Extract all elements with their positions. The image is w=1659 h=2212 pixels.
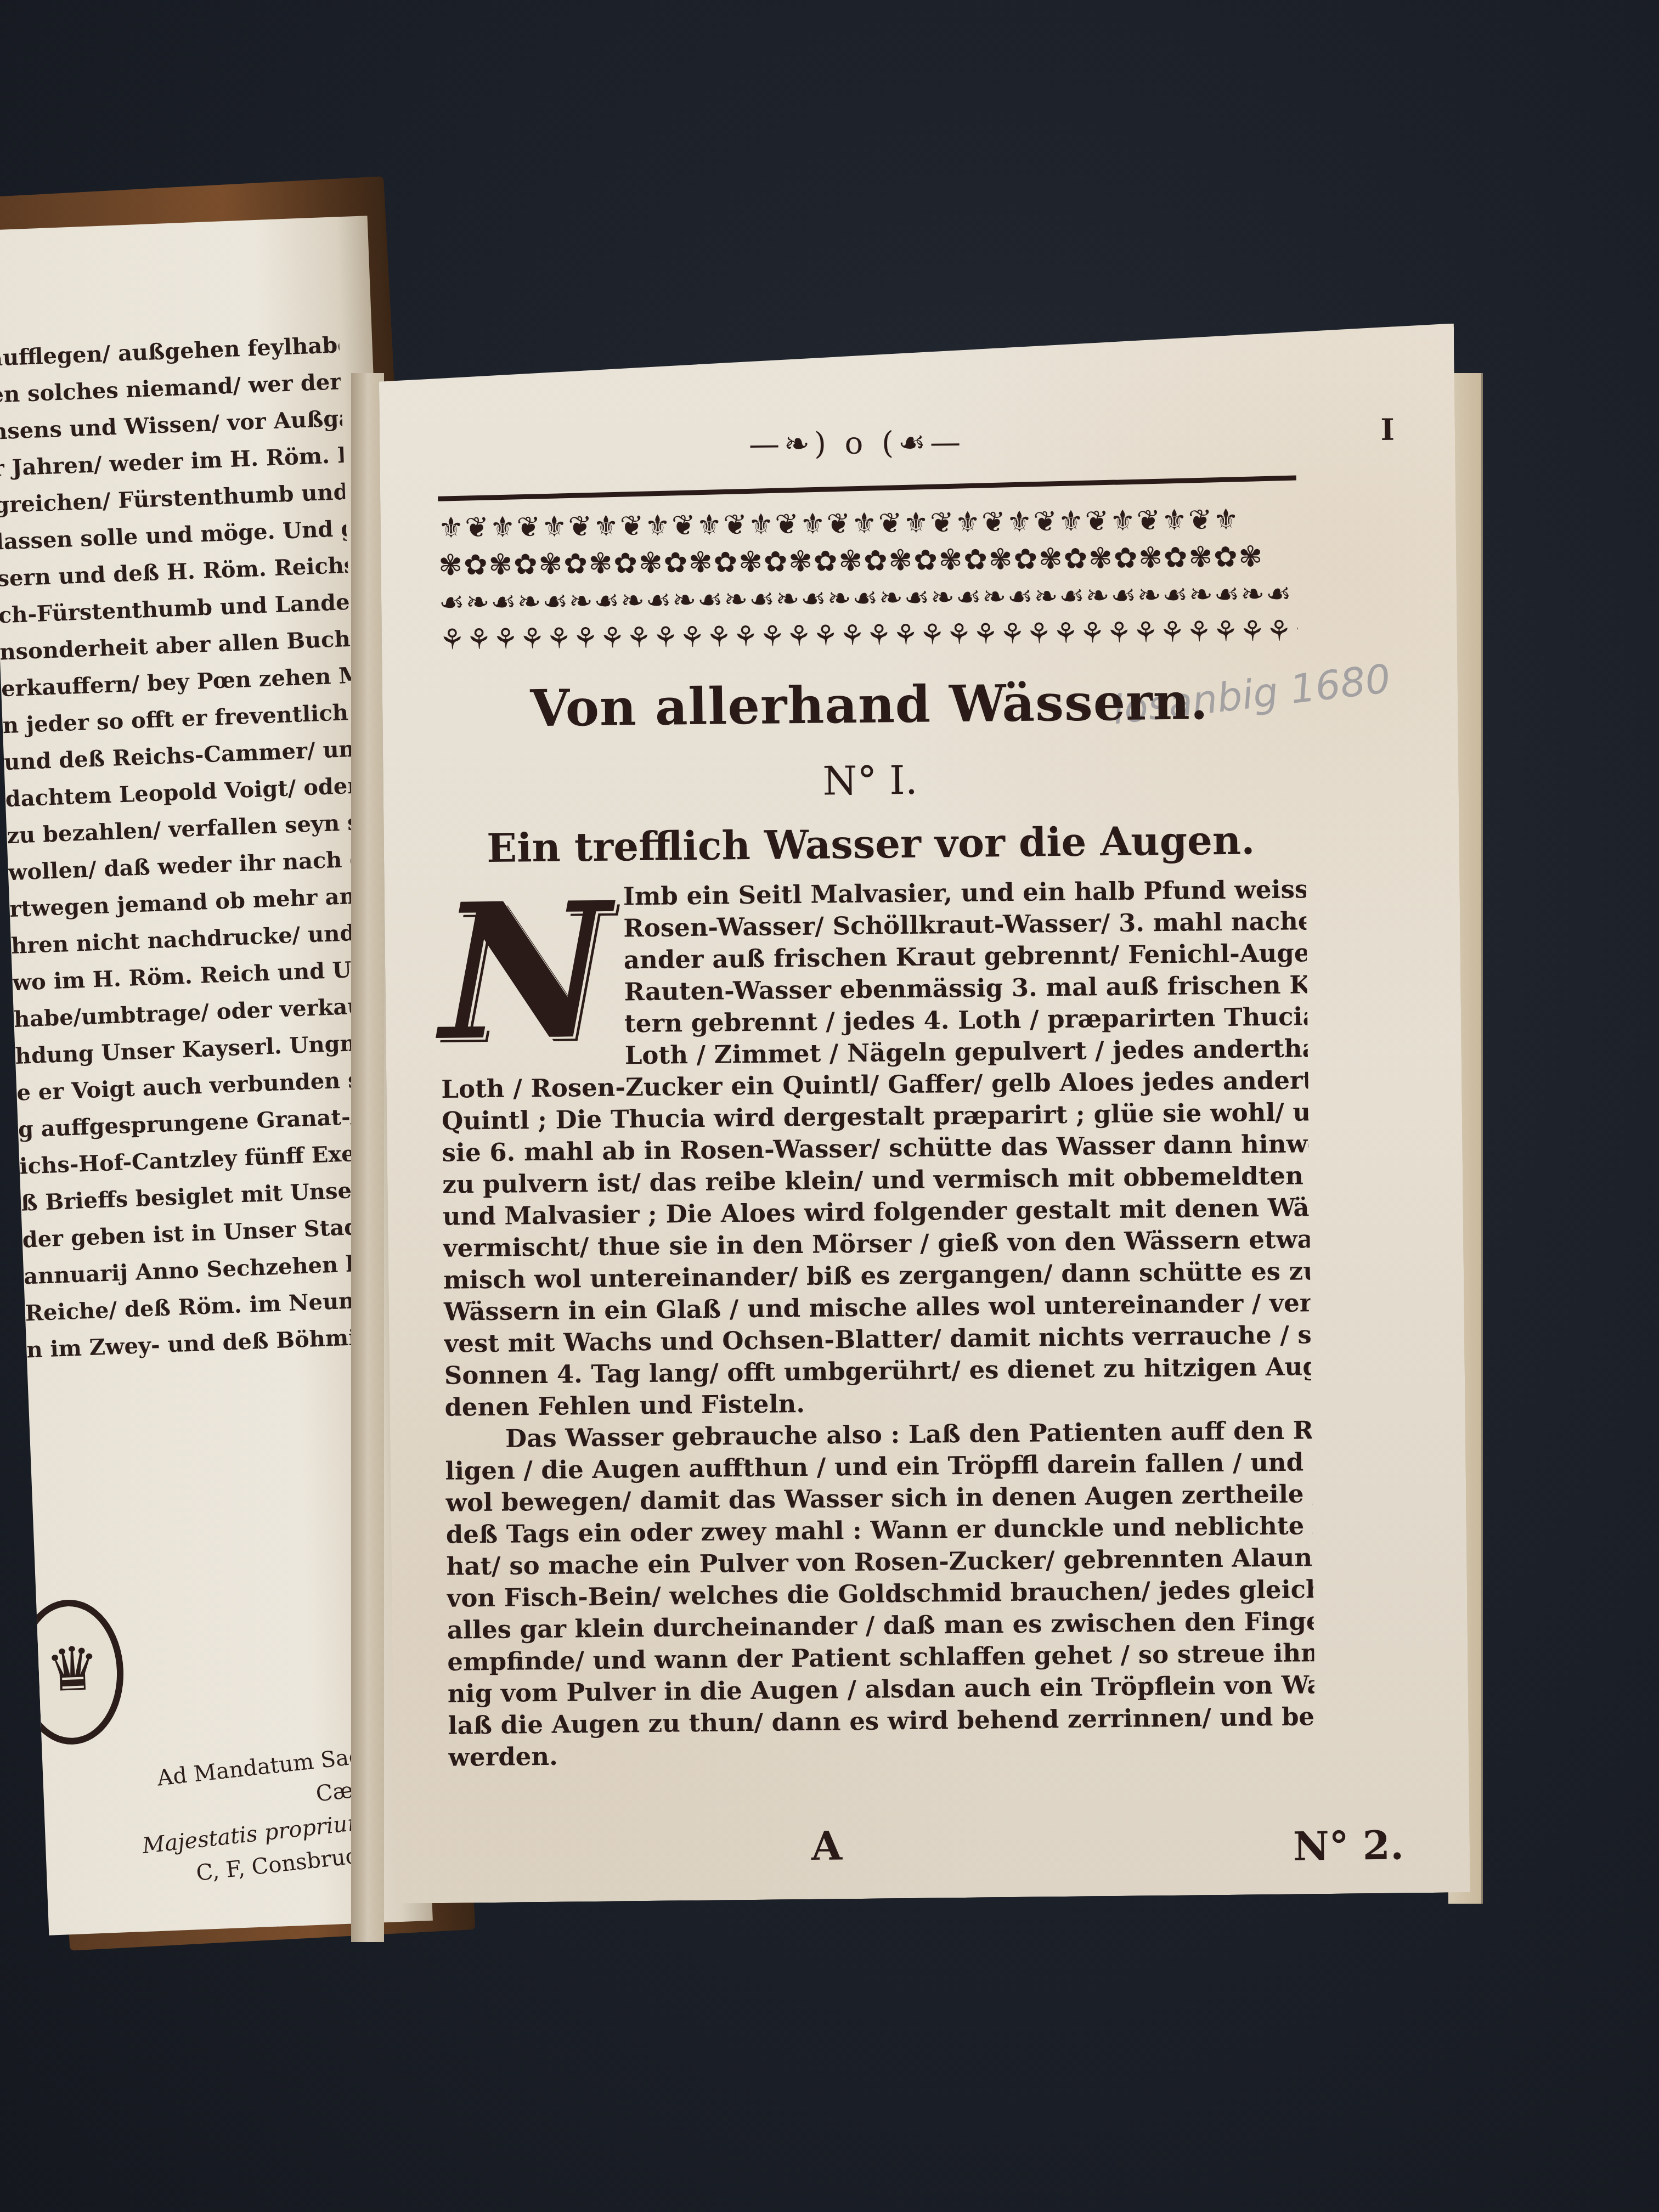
ornament-band-icon: ⚜❦⚜❦⚜❦⚜❦⚜❦⚜❦⚜❦⚜❦⚜❦⚜❦⚜❦⚜❦⚜❦⚜❦⚜❦⚜ ✾✿✾✿✾✿✾✿…	[438, 500, 1298, 663]
catchword: N° 2.	[1293, 1822, 1404, 1870]
book-gutter	[351, 373, 384, 1942]
running-head: —❧) o (☙—	[720, 424, 995, 462]
chapter-title: Von allerhand Wässern.	[382, 670, 1299, 739]
page-number: I	[1380, 412, 1395, 447]
right-page: —❧) o (☙— I ⚜❦⚜❦⚜❦⚜❦⚜❦⚜❦⚜❦⚜❦⚜❦⚜❦⚜❦⚜❦⚜❦⚜❦…	[379, 323, 1470, 1903]
colophon: Ad Mandatum Sac. Cæs. Majestatis propriu…	[126, 1739, 380, 1896]
recipe-number: N° I.	[383, 753, 1300, 808]
left-page-text: aufflegen/ außgehen feylhaben/ und en so…	[0, 326, 378, 1368]
double-headed-eagle-icon: ♛	[44, 1638, 101, 1701]
recipe-body: Imb ein Seitl Malvasier, und ein halb Pf…	[439, 873, 1315, 1773]
head-rule	[438, 476, 1296, 501]
signature-mark: A	[811, 1822, 842, 1869]
